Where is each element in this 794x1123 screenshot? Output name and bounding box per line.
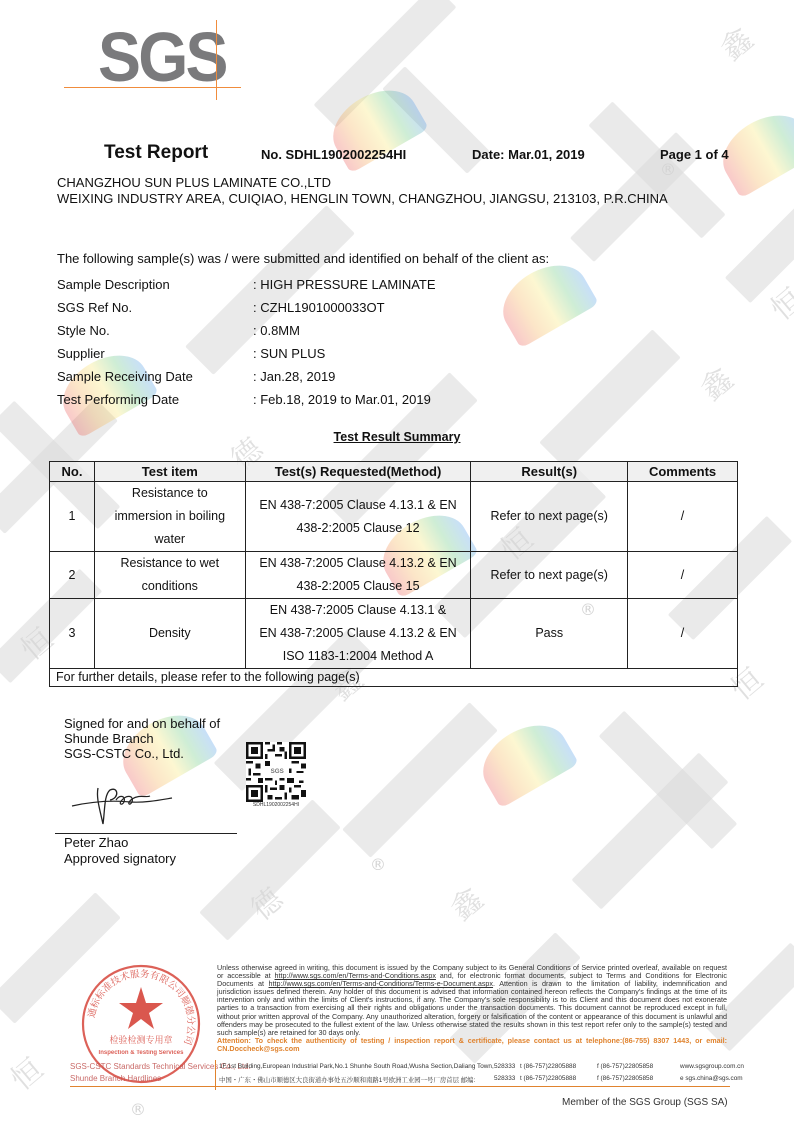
cell-line: EN 438-7:2005 Clause 4.13.1 & — [246, 599, 471, 622]
client-address: WEIXING INDUSTRY AREA, CUIQIAO, HENGLIN … — [57, 191, 668, 206]
signer-name: Peter Zhao — [64, 835, 176, 851]
cell-comment: / — [628, 599, 738, 669]
info-row-receiving-date: Sample Receiving Date Jan.28, 2019 — [57, 365, 436, 388]
cell-line: ISO 1183-1:2004 Method A — [246, 645, 471, 668]
postcode: 528333 — [494, 1075, 520, 1084]
cell-line: Resistance to — [95, 482, 245, 505]
cell-method: EN 438-7:2005 Clause 4.13.1 & EN 438-2:2… — [245, 482, 471, 552]
info-value: CZHL1901000033OT — [253, 300, 385, 315]
report-title: Test Report — [104, 142, 208, 164]
cell-line: 438-2:2005 Clause 12 — [246, 517, 471, 540]
cell-line: Resistance to wet — [95, 552, 245, 575]
info-row-style-no: Style No. 0.8MM — [57, 319, 436, 342]
cell-result: Refer to next page(s) — [471, 552, 628, 599]
member-of-sgs-group: Member of the SGS Group (SGS SA) — [562, 1097, 728, 1108]
cell-line: EN 438-7:2005 Clause 4.13.2 & EN — [246, 552, 471, 575]
info-row-performing-date: Test Performing Date Feb.18, 2019 to Mar… — [57, 388, 436, 411]
info-value: SUN PLUS — [253, 346, 325, 361]
table-header-row: No. Test item Test(s) Requested(Method) … — [50, 462, 738, 482]
info-row-description: Sample Description HIGH PRESSURE LAMINAT… — [57, 273, 436, 296]
report-date: Date: Mar.01, 2019 — [472, 147, 585, 162]
info-row-ref-no: SGS Ref No. CZHL1901000033OT — [57, 296, 436, 319]
cell-line: Density — [95, 622, 245, 645]
info-label: SGS Ref No. — [57, 300, 253, 315]
cell-line: 438-2:2005 Clause 15 — [246, 575, 471, 598]
address: 1F,1st Building,European Industrial Park… — [219, 1063, 494, 1070]
qr-caption: SDHL1902002254HI — [246, 802, 306, 808]
table-row: 3 Density EN 438-7:2005 Clause 4.13.1 & … — [50, 599, 738, 669]
intro-text: The following sample(s) was / were submi… — [57, 251, 549, 266]
signer-role: Approved signatory — [64, 851, 176, 867]
cell-result: Refer to next page(s) — [471, 482, 628, 552]
telephone: t (86-757)22805888 — [520, 1075, 597, 1084]
signed-on-behalf: Signed for and on behalf of Shunde Branc… — [64, 716, 220, 761]
info-value: Jan.28, 2019 — [253, 369, 335, 384]
column-header-test-item: Test item — [94, 462, 245, 482]
cell-line: EN 438-7:2005 Clause 4.13.1 & EN — [246, 494, 471, 517]
email-link[interactable]: e sgs.china@sgs.com — [680, 1075, 743, 1084]
table-row: 2 Resistance to wet conditions EN 438-7:… — [50, 552, 738, 599]
cell-line: EN 438-7:2005 Clause 4.13.2 & EN — [246, 622, 471, 645]
results-table: No. Test item Test(s) Requested(Method) … — [49, 461, 738, 687]
logo-rule-horizontal — [64, 87, 241, 88]
cell-method: EN 438-7:2005 Clause 4.13.2 & EN 438-2:2… — [245, 552, 471, 599]
signer: Peter Zhao Approved signatory — [64, 835, 176, 867]
cell-line: immersion in boiling — [95, 505, 245, 528]
sign-line: Signed for and on behalf of — [64, 716, 220, 731]
cell-result: Pass — [471, 599, 628, 669]
footer-address-en: 1F,1st Building,European Industrial Park… — [219, 1063, 744, 1070]
fax: f (86-757)22805858 — [597, 1075, 680, 1084]
signature-line — [55, 833, 237, 834]
table-footer-row: For further details, please refer to the… — [50, 669, 738, 687]
column-header-no: No. — [50, 462, 95, 482]
cell-comment: / — [628, 552, 738, 599]
summary-title: Test Result Summary — [334, 430, 461, 444]
sgs-logo: SGS — [98, 22, 226, 92]
qr-code[interactable]: SGS — [246, 742, 306, 802]
table-row: 1 Resistance to immersion in boiling wat… — [50, 482, 738, 552]
cell-comment: / — [628, 482, 738, 552]
fax: f (86-757)22805858 — [597, 1063, 680, 1070]
column-header-comments: Comments — [628, 462, 738, 482]
further-details-note: For further details, please refer to the… — [50, 669, 738, 687]
cell-method: EN 438-7:2005 Clause 4.13.1 & EN 438-7:2… — [245, 599, 471, 669]
column-header-method: Test(s) Requested(Method) — [245, 462, 471, 482]
cell-line: water — [95, 528, 245, 551]
postcode: 528333 — [494, 1063, 520, 1070]
svg-text:Inspection & Testing Services: Inspection & Testing Services — [99, 1050, 185, 1056]
address: 中国・广东・佛山市顺德区大良街道办事处五沙顺和南路1号欧洲工业园一号厂房首层 邮… — [219, 1075, 494, 1084]
website-link[interactable]: www.sgsgroup.com.cn — [680, 1063, 744, 1070]
svg-text:检验检测专用章: 检验检测专用章 — [109, 1034, 172, 1046]
telephone: t (86-757)22805888 — [520, 1063, 597, 1070]
info-label: Sample Receiving Date — [57, 369, 253, 384]
page-indicator: Page 1 of 4 — [660, 147, 729, 162]
footer-address-cn: 中国・广东・佛山市顺德区大良街道办事处五沙顺和南路1号欧洲工业园一号厂房首层 邮… — [219, 1075, 743, 1084]
cell-no: 1 — [50, 482, 95, 552]
info-label: Supplier — [57, 346, 253, 361]
terms-and-conditions: Unless otherwise agreed in writing, this… — [217, 964, 727, 1053]
cell-line: conditions — [95, 575, 245, 598]
report-number: No. SDHL1902002254HI — [261, 147, 406, 162]
column-header-result: Result(s) — [471, 462, 628, 482]
svg-text:SGS: SGS — [271, 768, 284, 775]
sample-info: Sample Description HIGH PRESSURE LAMINAT… — [57, 273, 436, 411]
logo-rule-vertical — [216, 20, 217, 100]
sign-line: Shunde Branch — [64, 731, 220, 746]
client-name: CHANGZHOU SUN PLUS LAMINATE CO.,LTD — [57, 175, 331, 190]
info-value: Feb.18, 2019 to Mar.01, 2019 — [253, 392, 431, 407]
info-value: HIGH PRESSURE LAMINATE — [253, 277, 436, 292]
cell-test-item: Resistance to immersion in boiling water — [94, 482, 245, 552]
stamp-caption-line2: Shunde Branch Hardlines — [70, 1074, 161, 1083]
sign-line: SGS-CSTC Co., Ltd. — [64, 746, 220, 761]
cell-no: 2 — [50, 552, 95, 599]
cell-no: 3 — [50, 599, 95, 669]
handwritten-signature — [70, 780, 180, 830]
info-label: Style No. — [57, 323, 253, 338]
footer-rule-horizontal — [70, 1086, 730, 1087]
cell-test-item: Density — [94, 599, 245, 669]
info-label: Test Performing Date — [57, 392, 253, 407]
info-row-supplier: Supplier SUN PLUS — [57, 342, 436, 365]
cell-test-item: Resistance to wet conditions — [94, 552, 245, 599]
info-value: 0.8MM — [253, 323, 300, 338]
terms-text: . Attention is drawn to the limitation o… — [217, 979, 727, 1037]
info-label: Sample Description — [57, 277, 253, 292]
authenticity-notice: Attention: To check the authenticity of … — [217, 1037, 727, 1053]
summary-heading: Test Result Summary — [0, 430, 794, 444]
